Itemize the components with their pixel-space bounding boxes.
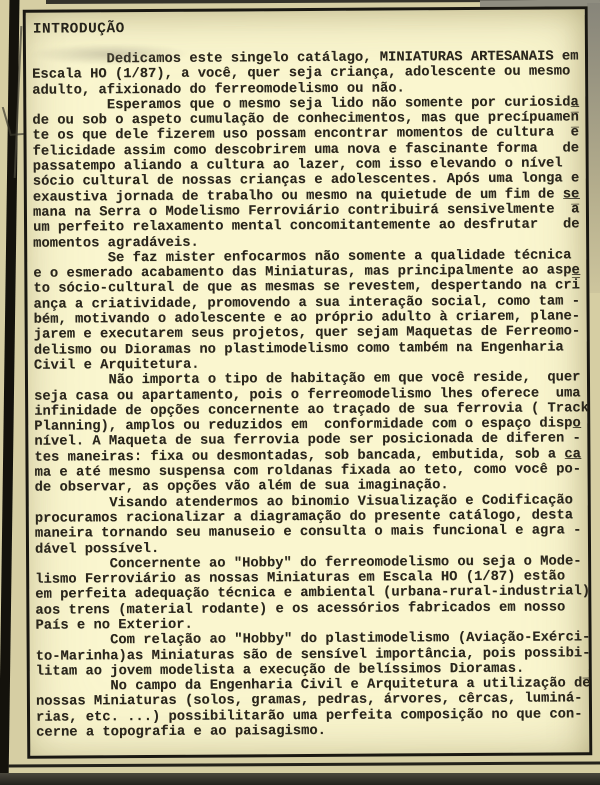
ink-smudge <box>30 43 190 66</box>
page-border-frame: INTRODUÇÃO Dedicamos este singelo catála… <box>23 6 593 758</box>
margin-stray-mark <box>2 106 25 136</box>
scan-edge-bottom <box>0 773 600 785</box>
page-title: INTRODUÇÃO <box>33 18 585 37</box>
typewritten-body-text: Dedicamos este singelo catálago, MINIATU… <box>26 49 589 741</box>
page-bottom-edge-line <box>8 761 600 767</box>
